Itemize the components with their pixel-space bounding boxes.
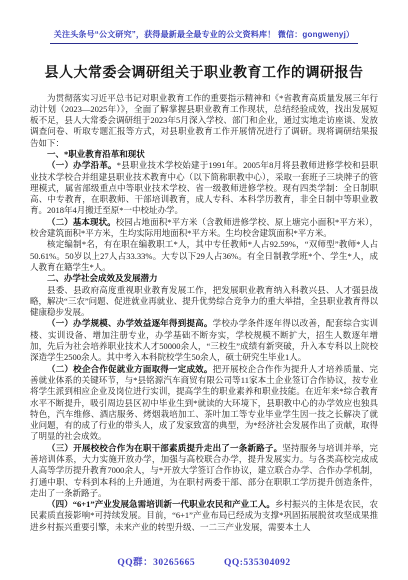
paragraph-text: 核定编制*名，有在职在编教职工*人，其中专任教师*人占92.59%，“双师型”教… (30, 239, 378, 272)
paragraph: （二）校企合作促就业方面取得一定成效。把开展校企合作作为提升人才培养质量、完善就… (30, 364, 378, 443)
qq-group-number: QQ群：30265665 (117, 558, 195, 568)
paragraph-text: 为贯彻落实习近平总书记对职业教育工作的重要指示精神和《*省教育高质量发展三年行动… (30, 93, 378, 148)
paragraph: （四）“6+1”产业发展急需培训新一代职业农民和产业工人。乡村振兴的主体是农民，… (30, 499, 378, 533)
section-heading: 二、办学社会成效及发展潜力 (30, 273, 378, 284)
paragraph-text: 二、办学社会成效及发展潜力 (47, 273, 158, 283)
paragraph-lead: （四）“6+1”产业发展急需培训新一代职业农民和产业工人。 (47, 499, 275, 509)
paragraph-text: 把开展校企合作作为提升人才培养质量、完善就业体系的关键环节，与*县铭源汽车商贸有… (30, 364, 378, 442)
paragraph: 核定编制*名，有在职在编教职工*人，其中专任教师*人占92.59%，“双师型”教… (30, 239, 378, 273)
paragraph-lead: （二）校企合作促就业方面取得一定成效。 (47, 364, 213, 374)
paragraph: （一）办学规模、办学效益逐年得到提高。学校办学条件逐年得以改善，配套综合实训楼、… (30, 318, 378, 363)
paragraph-text: 县委、县政府高度重视职业教育发展工作，把发展职业教育纳入科教兴县、人才强县战略，… (30, 285, 378, 318)
paragraph: 为贯彻落实习近平总书记对职业教育工作的重要指示精神和《*省教育高质量发展三年行动… (30, 93, 378, 149)
paragraph: （一）办学沿革。*县职业技术学校始建于1991年。2005年8月将县教师进修学校… (30, 160, 378, 216)
paragraph-lead: （一）办学沿革。 (47, 160, 117, 170)
header-banner-text: 关注头条号“公文研究”，获得最新最全最专业的公文资料库！ 微信：gongweny… (50, 29, 358, 44)
section-heading: 一、*职业教育沿革和现状 (30, 149, 378, 160)
paragraph: （三）开展校校合作为在职干部素质提升走出了一条新路子。坚持服务与培训并举，完善培… (30, 443, 378, 499)
document-page: 关注头条号“公文研究”，获得最新最全最专业的公文资料库！ 微信：gongweny… (0, 0, 408, 580)
paragraph-text: 一、*职业教育沿革和现状 (47, 149, 145, 159)
paragraph-lead: （一）办学规模、办学效益逐年得到提高。 (47, 318, 213, 328)
qq-number: QQ:535304092 (224, 558, 291, 568)
page-footer: QQ群：30265665 QQ:535304092 (0, 554, 408, 568)
document-body: 为贯彻落实习近平总书记对职业教育工作的重要指示精神和《*省教育高质量发展三年行动… (30, 93, 378, 534)
paragraph-lead: （二）基本现状。 (47, 217, 116, 227)
header-banner: 关注头条号“公文研究”，获得最新最全最专业的公文资料库！ 微信：gongweny… (30, 24, 378, 44)
paragraph-lead: （三）开展校校合作为在职干部素质提升走出了一条新路子。 (47, 443, 282, 453)
paragraph: 县委、县政府高度重视职业教育发展工作，把发展职业教育纳入科教兴县、人才强县战略，… (30, 285, 378, 319)
page-title: 县人大常委会调研组关于职业教育工作的调研报告 (30, 62, 378, 82)
paragraph: （二）基本现状。校园占地面积*平方米（含教师进修学校、原上塘完小面积*平方米），… (30, 217, 378, 240)
